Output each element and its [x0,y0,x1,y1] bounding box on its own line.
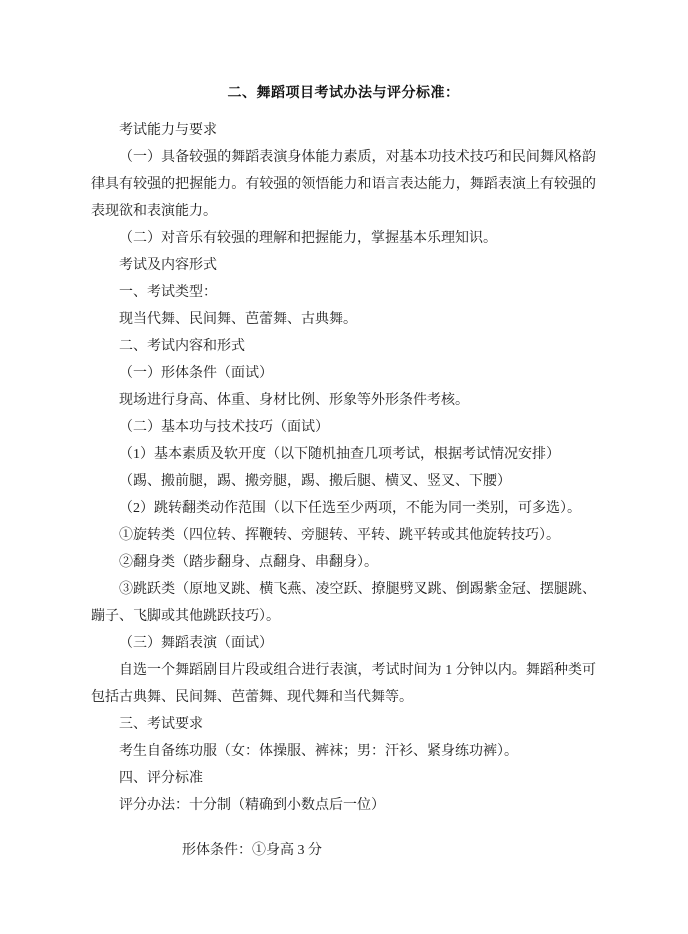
paragraph: 评分办法：十分制（精确到小数点后一位） [91,792,596,819]
paragraph: 二、考试内容和形式 [91,333,596,360]
paragraph: （踢、搬前腿，踢、搬旁腿，踢、搬后腿、横叉、竖叉、下腰） [91,468,596,495]
paragraph: 考试能力与要求 [91,117,596,144]
paragraph: （二）基本功与技术技巧（面试） [91,414,596,441]
paragraph: 自选一个舞蹈剧目片段或组合进行表演，考试时间为 1 分钟以内。舞蹈种类可包括古典… [91,657,596,711]
document-page: 二、舞蹈项目考试办法与评分标准： 考试能力与要求（一）具备较强的舞蹈表演身体能力… [0,0,688,934]
paragraph: 考试及内容形式 [91,252,596,279]
paragraph: 现当代舞、民间舞、芭蕾舞、古典舞。 [91,306,596,333]
paragraph: 一、考试类型： [91,279,596,306]
paragraph: ①旋转类（四位转、挥鞭转、旁腿转、平转、跳平转或其他旋转技巧）。 [91,522,596,549]
paragraph: （二）对音乐有较强的理解和把握能力，掌握基本乐理知识。 [91,225,596,252]
paragraph: （三）舞蹈表演（面试） [91,630,596,657]
paragraph: 形体条件：①身高 3 分 [91,837,596,864]
paragraph: 三、考试要求 [91,711,596,738]
paragraph: ②翻身类（踏步翻身、点翻身、串翻身）。 [91,549,596,576]
paragraph: （一）具备较强的舞蹈表演身体能力素质，对基本功技术技巧和民间舞风格韵律具有较强的… [91,144,596,225]
paragraph: （2）跳转翻类动作范围（以下任选至少两项，不能为同一类别，可多选）。 [91,495,596,522]
document-title: 二、舞蹈项目考试办法与评分标准： [91,81,596,103]
paragraph: 考生自备练功服（女：体操服、裤袜；男：汗衫、紧身练功裤）。 [91,738,596,765]
paragraph: 现场进行身高、体重、身材比例、形象等外形条件考核。 [91,387,596,414]
paragraph: ③跳跃类（原地叉跳、横飞燕、凌空跃、撩腿劈叉跳、倒踢紫金冠、摆腿跳、蹦子、飞脚或… [91,576,596,630]
document-body: 考试能力与要求（一）具备较强的舞蹈表演身体能力素质，对基本功技术技巧和民间舞风格… [91,117,596,864]
paragraph: （一）形体条件（面试） [91,360,596,387]
paragraph: （1）基本素质及软开度（以下随机抽查几项考试，根据考试情况安排） [91,441,596,468]
paragraph: 四、评分标准 [91,765,596,792]
